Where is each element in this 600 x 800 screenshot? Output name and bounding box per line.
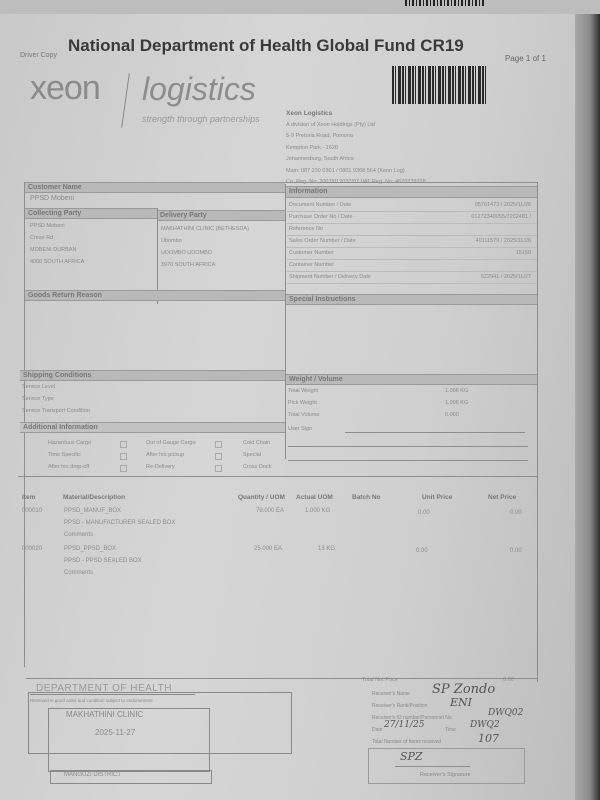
weight-volume-heading: Weight / Volume <box>286 374 537 385</box>
receiver-signature: SPZ <box>400 750 423 763</box>
delivery-note: Driver Copy National Department of Healt… <box>0 14 575 800</box>
stamp-date: 2025-11-27 <box>95 728 135 737</box>
user-sign-label: User Sign <box>288 424 312 434</box>
logo-brand-left: xeon <box>30 69 100 108</box>
logo-brand-right: logistics <box>142 71 256 108</box>
check-label: Cold Chain <box>243 438 270 448</box>
item-comments: Comments <box>64 532 93 538</box>
info-label: Purchase Order No / Date <box>289 214 353 220</box>
receive-date-value: 27/11/25 <box>384 720 424 730</box>
item-number: 000010 <box>22 508 42 514</box>
item-number: 000020 <box>22 546 42 552</box>
item-actual: 1.000 KG <box>305 508 330 514</box>
shipping-row: Service Type <box>22 394 54 404</box>
check-label: Re-Delivery <box>146 462 175 472</box>
customer-heading: Customer Name <box>25 182 285 193</box>
company-line: Johannesburg, South Africa <box>286 154 426 166</box>
goods-return-heading: Goods Return Reason <box>25 290 285 301</box>
info-row-container-number: Container Number <box>287 260 537 272</box>
info-value: 40111579 / 2025/11/26 <box>476 238 531 244</box>
table-top-rule <box>18 476 538 477</box>
company-line: A division of Xeon Holdings (Pty) Ltd <box>286 120 426 132</box>
delivery-line: UDOMBO UDOMBO <box>161 248 212 258</box>
logo-separator <box>121 73 130 128</box>
info-label: Shipment Number / Delivery Date <box>289 274 371 280</box>
volume-label: Total Volume <box>288 410 320 420</box>
item-comments: Comments <box>64 570 93 576</box>
shipping-heading: Shipping Conditions <box>20 370 285 381</box>
collecting-line: Crese Rd <box>30 233 53 243</box>
delivery-party-heading: Delivery Party <box>157 210 285 221</box>
receive-date-label: Date <box>372 727 383 733</box>
collecting-party-heading: Collecting Party <box>25 208 157 219</box>
item-actual: 13 KG <box>318 546 335 552</box>
total-net-price-label: Total Net Price <box>362 677 398 683</box>
item-net-price: 0.00 <box>510 548 522 554</box>
sign-line <box>288 460 528 461</box>
info-row-purchase-order: Purchase Order No / Date 01272340055/720… <box>287 212 537 224</box>
checkbox-after-hrs-pickup[interactable] <box>215 453 222 460</box>
info-row-reference: Reference No <box>287 224 537 236</box>
checkbox-hazardous-cargo[interactable] <box>120 441 127 448</box>
info-label: Reference No <box>289 226 323 232</box>
col-net-price: Net Price <box>488 494 516 501</box>
info-label: Sales Order Number / Date <box>289 238 356 244</box>
info-value: 522941 / 2025/11/27 <box>481 274 531 280</box>
stamp-footer: MANGUZI DISTRICT <box>64 772 121 778</box>
receiver-name-label: Receiver's Name <box>372 691 410 697</box>
company-name: Xeon Logistics <box>286 108 426 120</box>
weight-label: Total Weight <box>288 386 318 396</box>
receiver-id-value: DWQ02 <box>488 708 523 718</box>
collecting-line: 4060 SOUTH AFRICA <box>30 257 84 267</box>
delivery-line: Ubombo <box>161 236 182 246</box>
check-label: After hrs drop-off <box>48 462 89 472</box>
col-actual-uom: Actual UOM <box>296 494 333 501</box>
checkbox-out-of-gauge[interactable] <box>215 441 222 448</box>
company-line: 5-9 Pretoria Road, Pomona <box>286 131 426 143</box>
col-batch: Batch No <box>352 494 381 501</box>
receiver-name-value: SP Zondo <box>432 682 495 697</box>
information-heading: Information <box>286 186 537 198</box>
info-row-shipment: Shipment Number / Delivery Date 522941 /… <box>287 272 537 284</box>
signature-label: Receiver's Signature <box>420 772 471 778</box>
item-unit-price: 0.00 <box>416 548 428 554</box>
items-received-value: 107 <box>478 732 499 745</box>
items-received-label: Total Number of Items received <box>372 739 441 745</box>
customer-name: PPSD Mobeni <box>30 194 74 204</box>
info-row-customer-number: Customer Number 15150 <box>287 248 537 260</box>
info-value: 01272340055/7202481 / <box>471 214 531 220</box>
info-value: 95761473 / 2025/11/26 <box>475 202 531 208</box>
info-value: 15150 <box>516 250 531 256</box>
item-unit-price: 0.00 <box>418 510 430 516</box>
check-label: Time Specific <box>48 450 81 460</box>
check-label: Out of Gauge Cargo <box>146 438 196 448</box>
item-material: PPSD_MANUF_BOX <box>64 508 121 514</box>
company-line: Main: 087 230 0301 / 0801 9368 564 (Xeon… <box>286 166 426 178</box>
company-address: Xeon Logistics A division of Xeon Holdin… <box>286 108 426 189</box>
info-label: Customer Number <box>289 250 334 256</box>
totals-rule <box>26 678 538 679</box>
user-sign-line <box>345 432 525 433</box>
item-material: PPSD_PPSD_BOX <box>64 546 116 552</box>
col-item: Item <box>22 494 35 501</box>
page-edge-shadow <box>575 14 600 800</box>
info-label: Container Number <box>289 262 334 268</box>
check-label: After hrs pickup <box>146 450 184 460</box>
item-net-price: 0.00 <box>510 510 522 516</box>
check-label: Cross Dock <box>243 462 271 472</box>
additional-info-heading: Additional Information <box>20 422 285 433</box>
volume-value: 0.000 <box>445 410 459 420</box>
frame-right <box>537 182 538 682</box>
info-label: Document Number / Date <box>289 202 351 208</box>
col-quantity: Quantity / UOM <box>238 494 285 501</box>
check-label: Special <box>243 450 261 460</box>
shipping-row: Service Level <box>22 382 55 392</box>
special-instructions-heading: Special Instructions <box>286 294 537 305</box>
delivery-line: MAKHATHINI CLINIC (BETHESDA) <box>161 224 249 234</box>
stamp-clinic: MAKHATHINI CLINIC <box>66 710 143 719</box>
signature-line <box>395 766 470 767</box>
collecting-line: MOBENI DURBAN <box>30 245 76 255</box>
item-description: PPSD - MANUFACTURER SEALED BOX <box>64 520 175 526</box>
barcode-icon <box>392 66 487 104</box>
receive-time-value: DWQ2 <box>470 720 500 730</box>
delivery-line: 3970 SOUTH AFRICA <box>161 260 215 270</box>
item-qty: 79.000 EA <box>256 508 284 514</box>
item-qty: 25.000 EA <box>254 546 282 552</box>
frame-middle <box>285 184 286 459</box>
col-material: Material/Description <box>63 494 125 501</box>
logo-tagline: strength through partnerships <box>142 114 260 124</box>
top-barcode <box>405 0 485 6</box>
checkbox-time-specific[interactable] <box>120 453 127 460</box>
check-label: Hazardous Cargo <box>48 438 91 448</box>
collecting-line: PPSD Mobeni <box>30 221 65 231</box>
weight-value: 1.096 KG <box>445 398 468 408</box>
copy-label: Driver Copy <box>20 52 57 59</box>
receive-time-label: Time <box>445 727 456 733</box>
col-unit-price: Unit Price <box>422 494 452 501</box>
shipping-row: Service Transport Condition <box>22 406 90 416</box>
sign-line <box>288 446 528 447</box>
checkbox-after-hrs-dropoff[interactable] <box>120 465 127 472</box>
company-line: Kempton Park - 1620 <box>286 143 426 155</box>
weight-value: 1.096 KG <box>445 386 468 396</box>
checkbox-re-delivery[interactable] <box>215 465 222 472</box>
item-description: PPSD - PPSD SEALED BOX <box>64 558 142 564</box>
total-net-price-value: 0.00 <box>503 677 514 683</box>
info-row-document-number: Document Number / Date 95761473 / 2025/1… <box>287 200 537 212</box>
info-row-sales-order: Sales Order Number / Date 40111579 / 202… <box>287 236 537 248</box>
document-title: National Department of Health Global Fun… <box>68 36 464 56</box>
receiver-rank-label: Receiver's Rank/Position <box>372 703 427 709</box>
weight-label: Pick Weight <box>288 398 317 408</box>
receiver-rank-value: ENI <box>450 696 472 709</box>
page-indicator: Page 1 of 1 <box>505 54 546 63</box>
